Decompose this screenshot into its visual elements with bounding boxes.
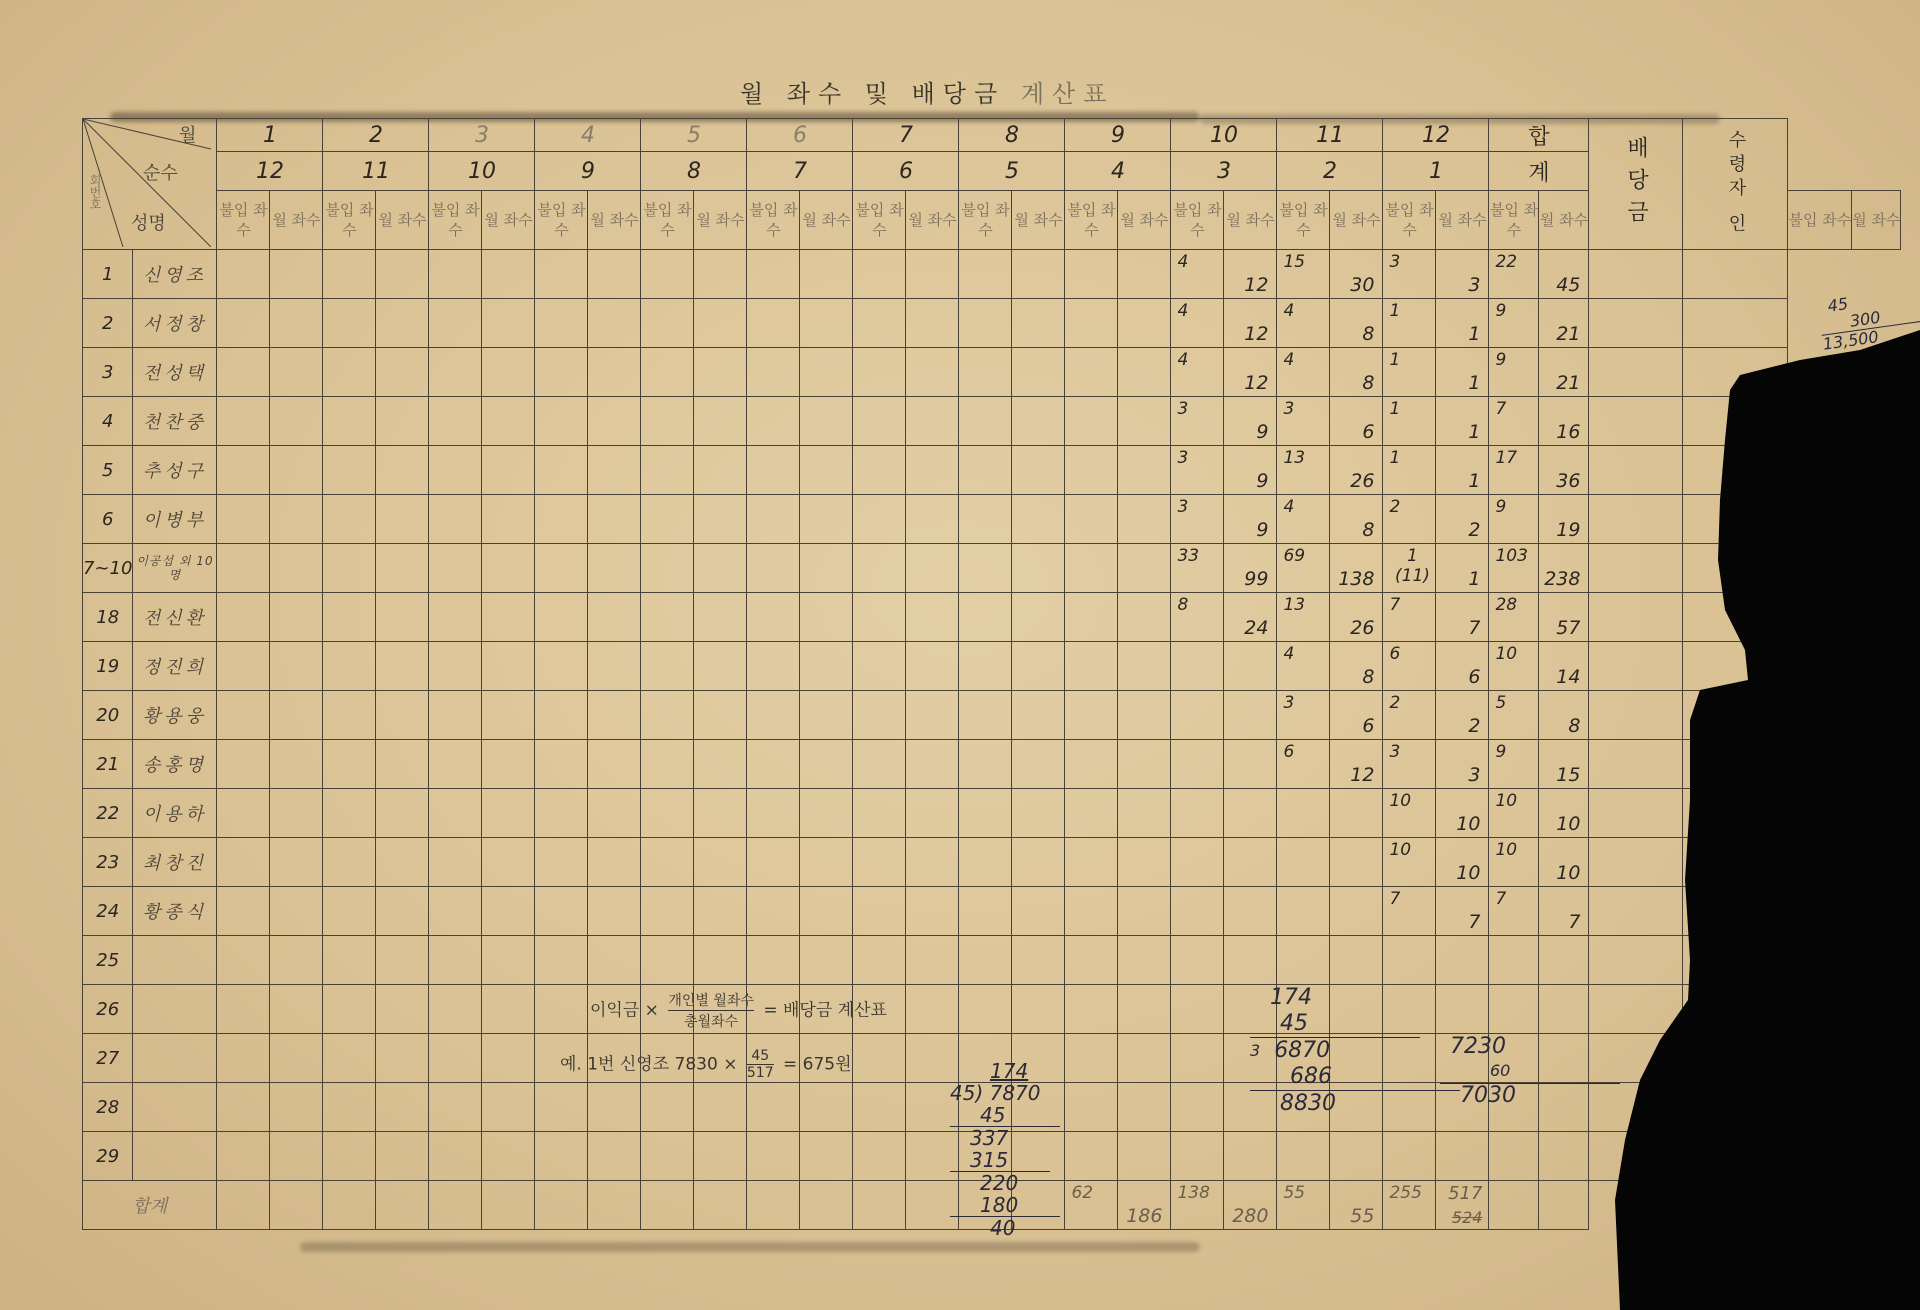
torn-edge-region [0,0,1920,1310]
